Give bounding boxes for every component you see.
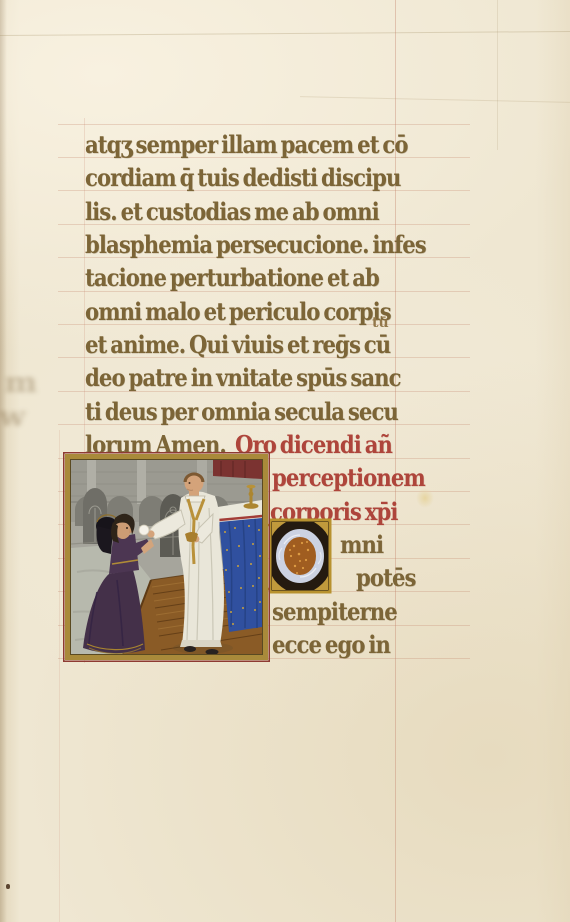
initial-letter-body (280, 533, 320, 579)
text-line-8: deo patre in vnitate spūs sanc (85, 364, 401, 392)
manuscript-page: m w atqʒ semper illam pacem et cō cordia… (0, 0, 570, 922)
text-line-4: blasphemia persecucione. infes (85, 231, 426, 259)
text-line-11: mni (340, 531, 383, 559)
bleedthrough-mark: w (0, 400, 25, 433)
parchment-crease (300, 96, 570, 103)
text-line-13: sempiterne (272, 598, 397, 626)
text-line-12: potēs (356, 564, 416, 592)
horizontal-ruling (58, 124, 470, 125)
communion-host (139, 525, 149, 535)
text-line-2: cordiam q̄ tuis dedisti discipu (85, 164, 400, 192)
bleedthrough-mark: m (5, 366, 38, 399)
text-line-7: et anime. Qui viuis et reḡs cū (85, 331, 390, 359)
interlinear-correction: tū (372, 315, 389, 331)
miniature-scene (71, 460, 262, 655)
text-line-5: tacione perturbatione et ab (85, 264, 379, 292)
illuminated-initial-O (260, 516, 338, 600)
binding-gutter-shadow (0, 0, 7, 922)
ciborium (185, 532, 198, 542)
text-line-14: ecce ego in (272, 631, 390, 659)
rubric-line-2: perceptionem (272, 464, 425, 492)
parchment-crease (497, 0, 498, 150)
text-line-6: omni malo et periculo corpis (85, 298, 391, 326)
communion-miniature (63, 452, 270, 662)
red-canopy (213, 460, 262, 479)
vertical-ruling-margin (59, 430, 60, 922)
text-line-3: lis. et custodias me ab omni (85, 198, 379, 226)
text-line-1: atqʒ semper illam pacem et cō (85, 131, 408, 159)
ink-speck (6, 884, 10, 889)
text-line-9: ti deus per omnia secula secu (85, 398, 398, 426)
parchment-crease (0, 31, 570, 36)
